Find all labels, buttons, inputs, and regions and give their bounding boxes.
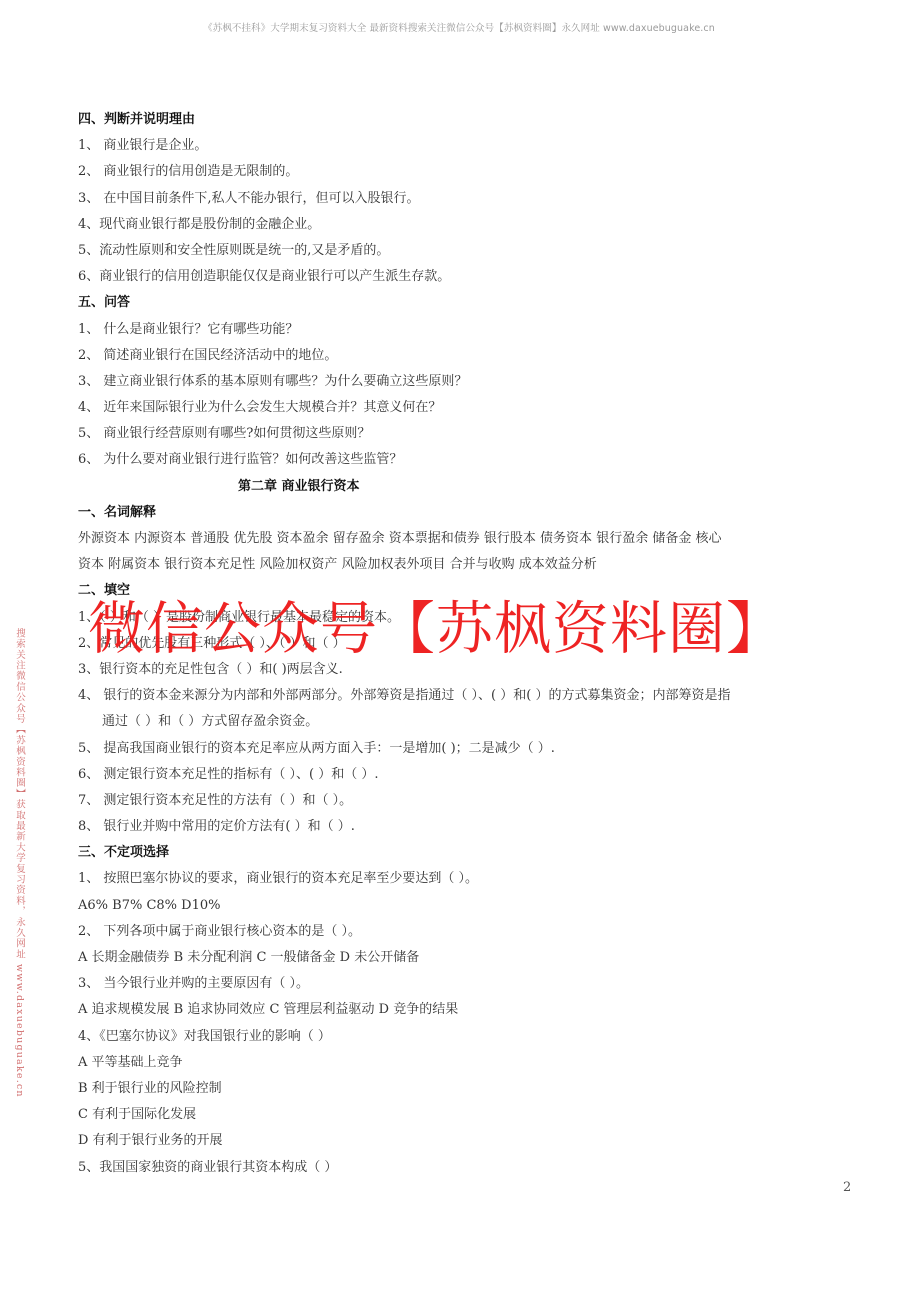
list-item: 2、 简述商业银行在国民经济活动中的地位。 bbox=[78, 343, 858, 369]
list-item: 1、 什么是商业银行？它有哪些功能？ bbox=[78, 317, 858, 343]
list-item: 1、 商业银行是企业。 bbox=[78, 133, 858, 159]
option: C 有利于国际化发展 bbox=[78, 1102, 858, 1128]
list-item: 5、流动性原则和安全性原则既是统一的,又是矛盾的。 bbox=[78, 238, 858, 264]
options: A 长期金融债券 B 未分配利润 C 一般储备金 D 未公开储备 bbox=[78, 945, 858, 971]
list-item: 4、 银行的资本金来源分为内部和外部两部分。外部筹资是指通过（ ）、( ）和( … bbox=[78, 683, 858, 709]
header-banner: 《苏枫不挂科》大学期末复习资料大全 最新资料搜索关注微信公众号【苏枫资料圈】永久… bbox=[0, 20, 918, 34]
side-watermark: 搜索关注微信公众号【苏枫资料圈】获取最新大学复习资料，永久网址 www.daxu… bbox=[12, 628, 26, 1098]
list-item: 3、 建立商业银行体系的基本原则有哪些？为什么要确立这些原则？ bbox=[78, 369, 858, 395]
overlay-watermark: 微信公众号【苏枫资料圈】 bbox=[88, 596, 784, 662]
option: D 有利于银行业务的开展 bbox=[78, 1128, 858, 1154]
terms-line: 资本 附属资本 银行资本充足性 风险加权资产 风险加权表外项目 合并与收购 成本… bbox=[78, 552, 858, 578]
list-item: 6、商业银行的信用创造职能仅仅是商业银行可以产生派生存款。 bbox=[78, 264, 858, 290]
section-heading-choice: 三、不定项选择 bbox=[78, 840, 858, 866]
section-heading-terms: 一、名词解释 bbox=[78, 500, 858, 526]
list-item: 7、 测定银行资本充足性的方法有（ ）和（ ）。 bbox=[78, 788, 858, 814]
options: A 追求规模发展 B 追求协同效应 C 管理层利益驱动 D 竞争的结果 bbox=[78, 997, 858, 1023]
list-item: 6、 为什么要对商业银行进行监管？如何改善这些监管？ bbox=[78, 447, 858, 473]
list-item: 4、现代商业银行都是股份制的金融企业。 bbox=[78, 212, 858, 238]
section-heading-qa: 五、问答 bbox=[78, 290, 858, 316]
terms-line: 外源资本 内源资本 普通股 优先股 资本盈余 留存盈余 资本票据和债券 银行股本… bbox=[78, 526, 858, 552]
list-item: 6、 测定银行资本充足性的指标有（ ）、( ）和（ ）. bbox=[78, 762, 858, 788]
question: 2、 下列各项中属于商业银行核心资本的是（ ）。 bbox=[78, 919, 858, 945]
question: 1、 按照巴塞尔协议的要求，商业银行的资本充足率至少要达到（ ）。 bbox=[78, 866, 858, 892]
question: 3、 当今银行业并购的主要原因有（ ）。 bbox=[78, 971, 858, 997]
list-item: 2、 商业银行的信用创造是无限制的。 bbox=[78, 159, 858, 185]
question: 5、我国国家独资的商业银行其资本构成（ ） bbox=[78, 1155, 858, 1181]
list-item: 3、 在中国目前条件下,私人不能办银行，但可以入股银行。 bbox=[78, 186, 858, 212]
options: A6% B7% C8% D10% bbox=[78, 893, 858, 919]
list-item: 4、 近年来国际银行业为什么会发生大规模合并？其意义何在？ bbox=[78, 395, 858, 421]
list-item-continuation: 通过（ ）和（ ）方式留存盈余资金。 bbox=[78, 709, 858, 735]
list-item: 5、 商业银行经营原则有哪些?如何贯彻这些原则？ bbox=[78, 421, 858, 447]
section-heading-judgment: 四、判断并说明理由 bbox=[78, 107, 858, 133]
option: B 利于银行业的风险控制 bbox=[78, 1076, 858, 1102]
option: A 平等基础上竞争 bbox=[78, 1050, 858, 1076]
chapter-title: 第二章 商业银行资本 bbox=[78, 474, 858, 500]
question: 4、《巴塞尔协议》对我国银行业的影响（ ） bbox=[78, 1024, 858, 1050]
page-number: 2 bbox=[843, 1180, 851, 1195]
list-item: 8、 银行业并购中常用的定价方法有( ）和（ ）. bbox=[78, 814, 858, 840]
list-item: 5、 提高我国商业银行的资本充足率应从两方面入手：一是增加( )；二是减少（ ）… bbox=[78, 736, 858, 762]
